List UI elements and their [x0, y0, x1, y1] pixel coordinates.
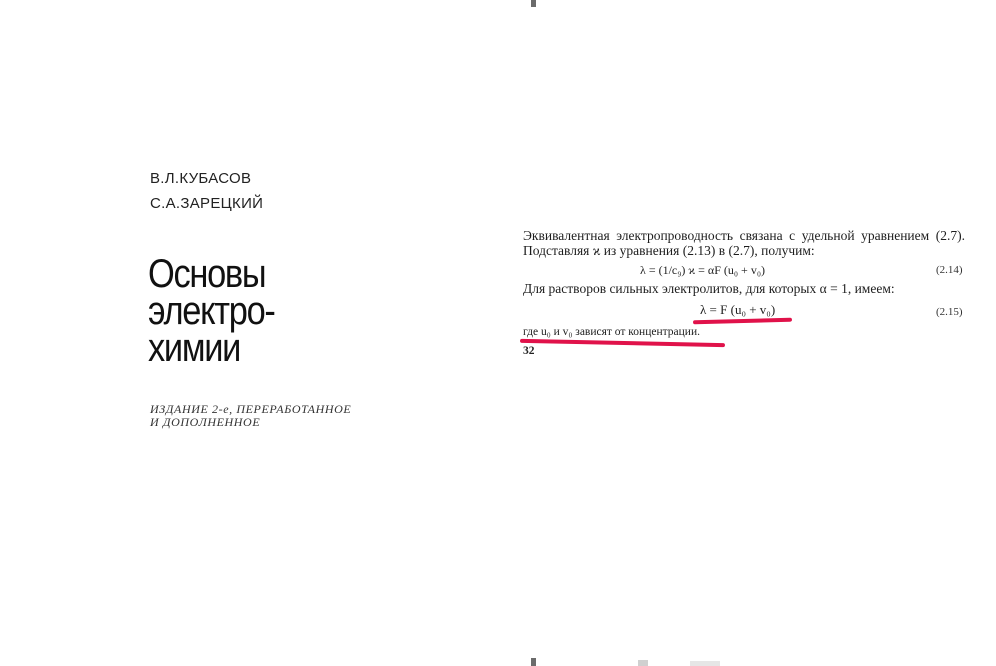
edition-line-2: И ДОПОЛНЕННОЕ: [150, 416, 351, 429]
page-number: 32: [523, 345, 535, 357]
paragraph-3: где u₀ и v₀ зависят от концентрации.: [523, 325, 965, 340]
binding-mark-bottom: [531, 658, 536, 666]
paragraph-1: Эквивалентная электропроводность связана…: [523, 228, 965, 258]
title-line-1: Основы: [148, 256, 275, 293]
scan-artifact: [638, 660, 648, 666]
binding-mark-top: [531, 0, 536, 7]
book-title: Основы электро- химии: [148, 256, 275, 367]
equation-number-2-15: (2.15): [936, 306, 963, 318]
equation-2-15: λ = F (u₀ + v₀): [700, 302, 775, 318]
equation-number-2-14: (2.14): [936, 264, 963, 276]
left-page: В.Л.КУБАСОВ С.А.ЗАРЕЦКИЙ Основы электро-…: [0, 0, 498, 666]
authors: В.Л.КУБАСОВ С.А.ЗАРЕЦКИЙ: [150, 168, 263, 218]
author-2: С.А.ЗАРЕЦКИЙ: [150, 193, 263, 218]
paragraph-2: Для растворов сильных электролитов, для …: [523, 281, 965, 296]
edition-note: ИЗДАНИЕ 2-е, ПЕРЕРАБОТАННОЕ И ДОПОЛНЕННО…: [150, 403, 351, 429]
title-line-3: химии: [148, 330, 275, 367]
equation-2-14: λ = (1/c₉) ϰ = αF (u₀ + v₀): [640, 263, 765, 278]
author-1: В.Л.КУБАСОВ: [150, 168, 263, 193]
title-line-2: электро-: [148, 293, 275, 330]
scan-artifact: [690, 661, 720, 666]
